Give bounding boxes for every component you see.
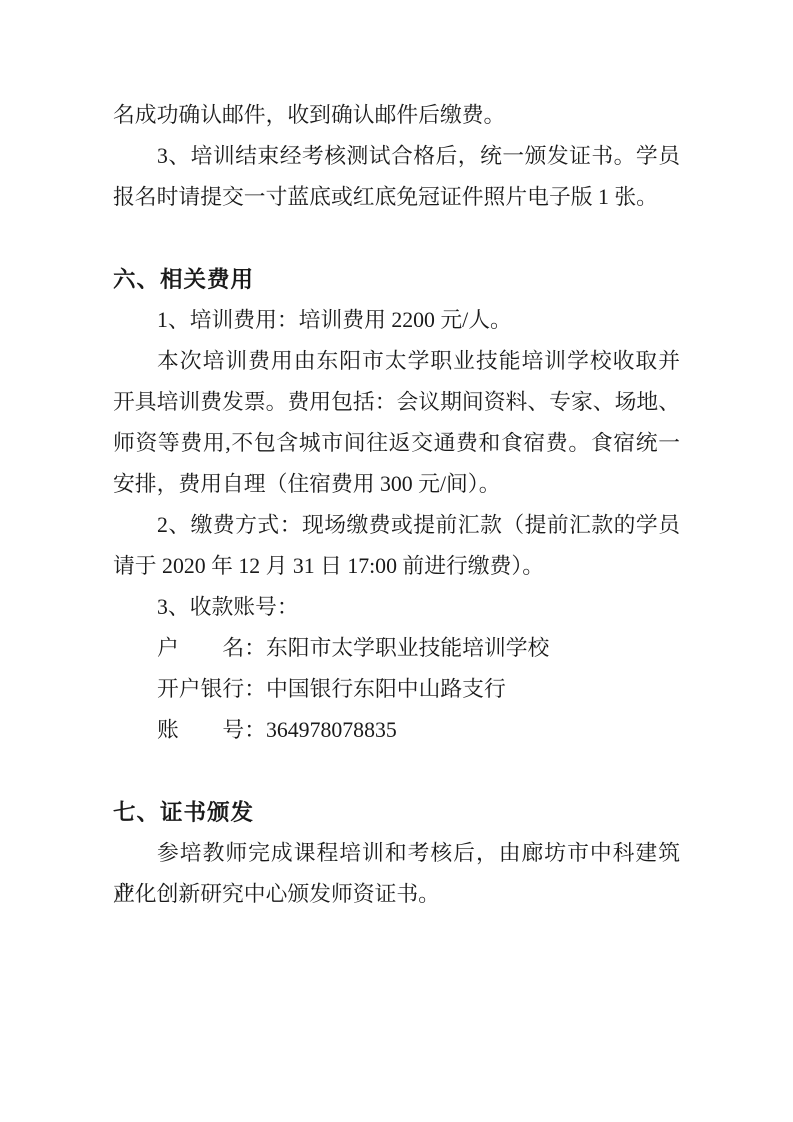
document-content: 名成功确认邮件，收到确认邮件后缴费。3、培训结束经考核测试合格后，统一颁发证书。…: [113, 95, 680, 915]
body-line: 账 号：364978078835: [113, 710, 680, 751]
body-line: 请于 2020 年 12 月 31 日 17:00 前进行缴费）。: [113, 546, 680, 587]
body-line: 2、缴费方式：现场缴费或提前汇款（提前汇款的学员: [113, 505, 680, 546]
section-heading: 七、证书颁发: [113, 792, 680, 833]
body-line: 业化创新研究中心颁发师资证书。: [113, 874, 680, 915]
body-line: 1、培训费用：培训费用 2200 元/人。: [113, 300, 680, 341]
section-heading: 六、相关费用: [113, 259, 680, 300]
body-line: 本次培训费用由东阳市太学职业技能培训学校收取并: [113, 341, 680, 382]
blank-line: [113, 218, 680, 259]
body-line: 报名时请提交一寸蓝底或红底免冠证件照片电子版 1 张。: [113, 177, 680, 218]
body-line: 名成功确认邮件，收到确认邮件后缴费。: [113, 95, 680, 136]
body-line: 师资等费用,不包含城市间往返交通费和食宿费。食宿统一: [113, 423, 680, 464]
body-line: 参培教师完成课程培训和考核后，由廊坊市中科建筑产: [113, 833, 680, 874]
body-line: 开具培训费发票。费用包括：会议期间资料、专家、场地、: [113, 382, 680, 423]
body-line: 开户银行：中国银行东阳中山路支行: [113, 669, 680, 710]
body-line: 3、收款账号：: [113, 587, 680, 628]
body-line: 户 名：东阳市太学职业技能培训学校: [113, 628, 680, 669]
blank-line: [113, 751, 680, 792]
body-line: 安排，费用自理（住宿费用 300 元/间）。: [113, 464, 680, 505]
document-page: 名成功确认邮件，收到确认邮件后缴费。3、培训结束经考核测试合格后，统一颁发证书。…: [0, 0, 793, 1122]
body-line: 3、培训结束经考核测试合格后，统一颁发证书。学员: [113, 136, 680, 177]
